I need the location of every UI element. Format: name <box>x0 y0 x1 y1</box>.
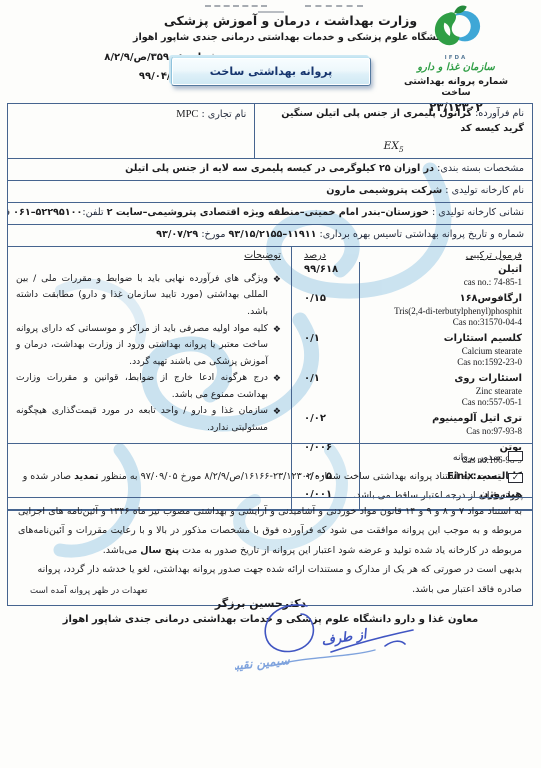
commitments-note: تعهدات در ظهر پروانه آمده است <box>30 586 147 596</box>
diamond-bullet-icon: ❖ <box>273 322 281 338</box>
product-code: EX5 <box>263 138 524 156</box>
ingredient-row: ارگافوس۱۶۸Tris(2,4-di-terbutylphenyl)pho… <box>292 291 532 331</box>
table-row-establishment: شماره و تاریخ پروانه بهداشتی تاسیس بهره … <box>8 225 532 247</box>
ingredient-row: کلسیم استئاراتCalcium stearateCas no:159… <box>292 331 532 371</box>
table-row-packaging: مشخصات بسته بندی: در اوزان ۲۵ کیلوگرمی د… <box>8 159 532 181</box>
factory-name: شرکت پتروشیمی مارون <box>326 185 442 196</box>
check-icon: ✓ <box>512 473 520 483</box>
license-number-label: شماره پروانه بهداشتی ساخت <box>395 76 517 98</box>
scan-artifact <box>305 5 363 7</box>
trade-name-cell: نام تجاری : MPC <box>8 104 254 158</box>
ingredient-row: تری اتیل آلومینیومCas no:97-93-8 ۰/۰۲ <box>292 411 532 440</box>
ingredient-percent: ۰/۰۲ <box>292 411 359 440</box>
notes-column-header: توضیحات <box>16 250 281 261</box>
percent-column-header: درصد <box>292 247 359 262</box>
product-label: نام فرآورده: <box>472 108 524 119</box>
diamond-bullet-icon: ❖ <box>273 371 281 387</box>
scan-artifact <box>205 5 267 7</box>
scan-artifact <box>258 11 284 13</box>
note-item: ❖درج هرگونه ادعا خارج از ضوابط، قوانین و… <box>16 370 281 403</box>
ingredient-percent: ۰/۱ <box>292 331 359 371</box>
permit-title-button: پروانه بهداشتی ساخت <box>171 57 371 86</box>
factory-address: خوزستان–بندر امام خمینی–منطقه ویژه اقتصا… <box>107 207 429 218</box>
note-item: ❖ویژگی های فرآورده نهایی باید با ضوابط و… <box>16 271 281 321</box>
ifda-logo-icon <box>424 3 488 53</box>
ifda-caption: IFDA <box>395 55 517 61</box>
note-item: ❖کلیه مواد اولیه مصرفی باید از مراکز و م… <box>16 321 281 371</box>
establishment-number: ۱۱۹۱۱–۹۳/۱۵/۲۱۵۵ <box>229 229 317 240</box>
ingredient-percent: ۹۹/۶۱۸ <box>292 262 359 291</box>
ifda-logo-block: IFDA سازمان غذا و دارو شماره پروانه بهدا… <box>395 3 517 114</box>
legal-paragraph: به استناد مواد ۷ و ۸ و ۹ و ۱۴ قانون مواد… <box>18 502 522 560</box>
diamond-bullet-icon: ❖ <box>273 404 281 420</box>
scanned-license-document: وزارت بهداشت ، درمان و آموزش پزشکی دانشگ… <box>0 0 541 768</box>
phone-number: ۵۲۲۹۵۱۰۰–۰۶۱ <box>13 207 82 218</box>
table-row-product: نام فرآورده: گرانول پلیمری از جنس پلی ات… <box>8 104 532 159</box>
trade-name: MPC <box>176 109 198 120</box>
packaging-value: در اوزان ۲۵ کیلوگرمی در کیسه پلیمری سه ل… <box>125 163 434 174</box>
issue-checkbox <box>508 451 523 461</box>
issue-line: صدور پروانه <box>17 448 523 467</box>
note-item: ❖سازمان غذا و دارو / واحد تابعه در مورد … <box>16 403 281 436</box>
ingredient-percent: ۰/۱۵ <box>292 291 359 331</box>
diamond-bullet-icon: ❖ <box>273 272 281 288</box>
formula-column-header: فرمول ترکیبی <box>359 247 532 262</box>
signature: از طرف سیمین نقیبی <box>235 600 445 690</box>
renewal-checkbox: ✓ <box>508 473 523 483</box>
ingredient-row: استئارات رویZinc stearateCas no:557-05-1… <box>292 371 532 411</box>
table-row-address: نشانی کارخانه تولیدی : خوزستان–بندر امام… <box>8 203 532 225</box>
ingredient-row: اتیلنcas no.: 74-85-1 ۹۹/۶۱۸ <box>292 262 532 291</box>
on-behalf-text: از طرف <box>320 627 370 649</box>
organization-name: سازمان غذا و دارو <box>395 62 517 73</box>
ingredient-percent: ۰/۱ <box>292 371 359 411</box>
product-name-cell: نام فرآورده: گرانول پلیمری از جنس پلی ات… <box>254 104 532 158</box>
table-row-factory: نام کارخانه تولیدی : شرکت پتروشیمی مارون <box>8 181 532 203</box>
trade-label: نام تجاری : <box>198 109 246 120</box>
establishment-date: ۹۳/۰۷/۲۹ <box>156 229 198 240</box>
